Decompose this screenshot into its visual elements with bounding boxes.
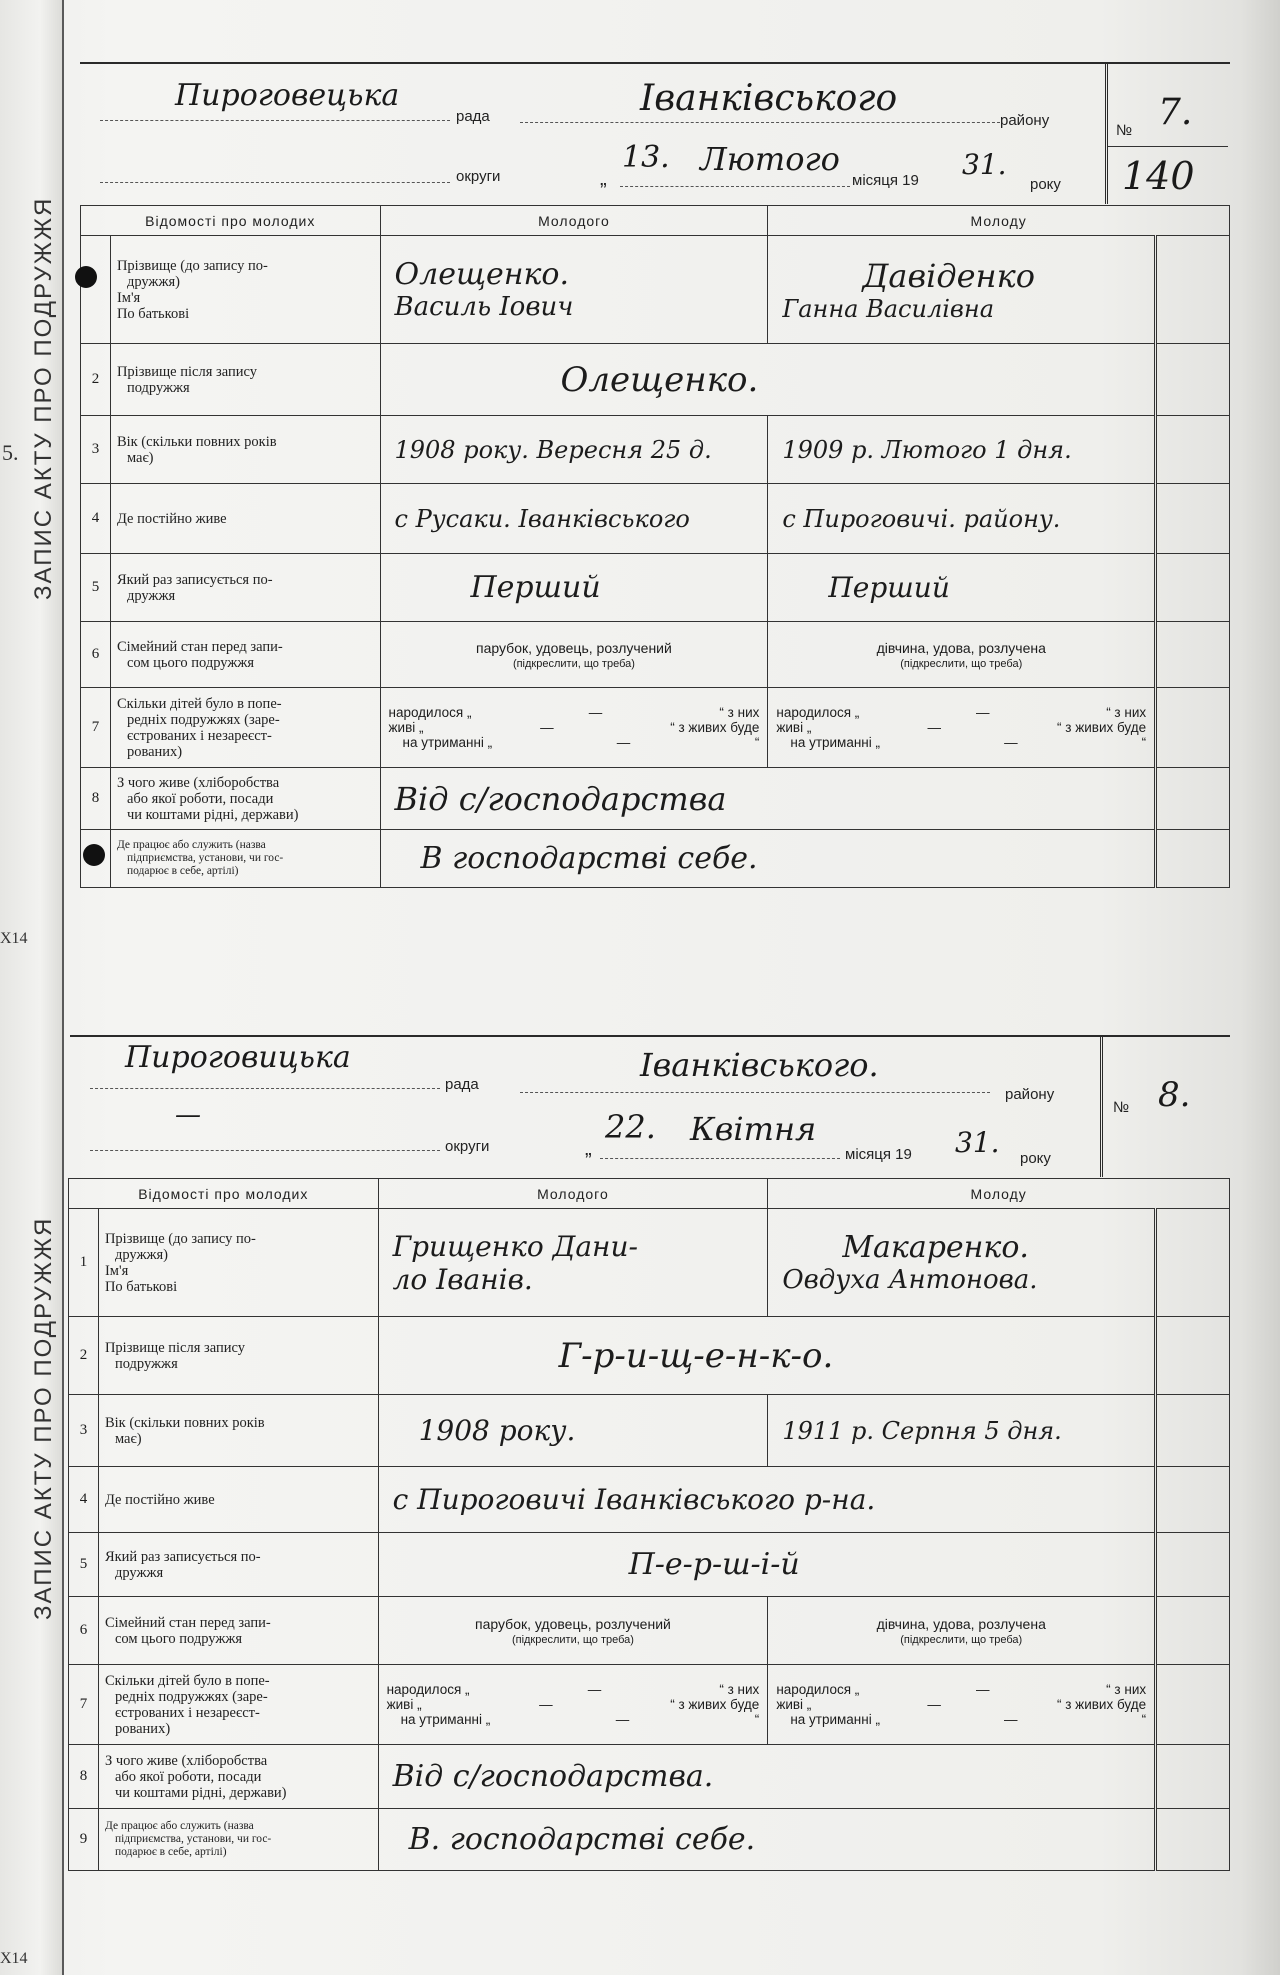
- bride-header: Молоду: [768, 1179, 1230, 1209]
- ink-blot: [75, 266, 97, 288]
- row-number: 8: [81, 768, 111, 830]
- day-value: 22.: [605, 1108, 656, 1146]
- year-label: року: [1020, 1150, 1051, 1167]
- bride-name-cell: Макаренко. Овдуха Антонова.: [768, 1209, 1156, 1317]
- bride-name-cell: Давіденко Ганна Василівна: [768, 236, 1156, 344]
- number-label: №: [1116, 122, 1132, 139]
- groom-status-cell: парубок, удовець, розлучений(підкреслити…: [378, 1597, 768, 1665]
- raion-value: Іванківського: [640, 78, 897, 119]
- groom-residence-cell: с Русаки. Іванківського: [380, 484, 768, 554]
- quote-open: „: [600, 168, 607, 191]
- extra-column: [1156, 830, 1230, 888]
- number-box: № 7. 140: [1105, 64, 1238, 204]
- raion-line: [520, 1092, 990, 1093]
- bride-children-cell: народилося „—“ з них живі „—“ з живих бу…: [768, 688, 1156, 768]
- month-label: місяця 19: [845, 1146, 912, 1163]
- row-label-4: Де постійно живе: [98, 1467, 378, 1533]
- surname-after-cell: Г-р-и-щ-е-н-к-о.: [378, 1317, 1156, 1395]
- ink-blot: [83, 844, 105, 866]
- number-box: № 8.: [1100, 1037, 1233, 1177]
- row-label-5: Який раз записується по-дружжя: [98, 1533, 378, 1597]
- row-label-7: Скільки дітей було в попе-редніх подружж…: [98, 1665, 378, 1745]
- extra-column: [1156, 1533, 1230, 1597]
- row-label-5: Який раз записується по-дружжя: [110, 554, 380, 622]
- row-number: 7: [69, 1665, 99, 1745]
- document-page: ЗАПИС АКТУ ПРО ПОДРУЖЖЯ ЗАПИС АКТУ ПРО П…: [0, 0, 1280, 1975]
- row-number: 1: [69, 1209, 99, 1317]
- row-number: 9: [69, 1809, 99, 1871]
- workplace-cell: В. господарстві себе.: [378, 1809, 1156, 1871]
- day-value: 13.: [622, 140, 670, 175]
- row-label-6: Сімейний стан перед запи-сом цього подру…: [110, 622, 380, 688]
- bride-marriage-count: Перший: [768, 554, 1156, 622]
- row-number: 2: [69, 1317, 99, 1395]
- extra-column: [1156, 1209, 1230, 1317]
- groom-header: Молодого: [380, 206, 768, 236]
- row-number: 6: [69, 1597, 99, 1665]
- rada-label: рада: [456, 108, 490, 125]
- residence-cell: с Пироговичі Іванківського р-на.: [378, 1467, 1156, 1533]
- rada-value: Пироговецька: [175, 78, 399, 113]
- row-label-4: Де постійно живе: [110, 484, 380, 554]
- record-table: Відомості про молодих Молодого Молоду 1 …: [68, 1178, 1230, 1871]
- row-label-3: Вік (скільки повних роківмає): [98, 1395, 378, 1467]
- groom-age-cell: 1908 року. Вересня 25 д.: [380, 416, 768, 484]
- record-table: Відомості про молодих Молодого Молоду Пр…: [80, 205, 1230, 888]
- record-number: 7.: [1158, 92, 1192, 133]
- section-header: Відомості про молодих: [81, 206, 381, 236]
- bride-header: Молоду: [768, 206, 1230, 236]
- raion-label: району: [1000, 112, 1049, 129]
- bride-children-cell: народилося „—“ з них живі „—“ з живих бу…: [768, 1665, 1156, 1745]
- rada-label: рада: [445, 1076, 479, 1093]
- extra-column: [1156, 1665, 1230, 1745]
- row-number: 7: [81, 688, 111, 768]
- rada-line: [100, 120, 450, 121]
- row-number: 6: [81, 622, 111, 688]
- margin-mark: 5.: [2, 440, 19, 466]
- okrug-value: —: [175, 1100, 201, 1130]
- row-number: [81, 830, 111, 888]
- workplace-cell: В господарстві себе.: [380, 830, 1156, 888]
- row-number: 5: [81, 554, 111, 622]
- okrug-label: округи: [445, 1138, 489, 1155]
- row-label-2: Прізвище після записуподружжя: [110, 344, 380, 416]
- groom-name-cell: Олещенко. Василь Іович: [380, 236, 768, 344]
- extra-column: [1156, 344, 1230, 416]
- row-label-1: Прізвище (до запису по-дружжя)Ім'яПо бат…: [110, 236, 380, 344]
- rada-value: Пироговицька: [125, 1040, 351, 1075]
- extra-column: [1156, 1467, 1230, 1533]
- okrug-line: [100, 182, 450, 183]
- raion-line: [520, 122, 1000, 123]
- record-number: 8.: [1158, 1075, 1190, 1115]
- extra-number: 140: [1122, 154, 1195, 198]
- marriage-count-cell: П-е-р-ш-і-й: [378, 1533, 1156, 1597]
- month-value: Квітня: [690, 1110, 816, 1148]
- section-header: Відомості про молодих: [69, 1179, 379, 1209]
- livelihood-cell: Від с/господарства: [380, 768, 1156, 830]
- extra-column: [1156, 484, 1230, 554]
- spine-title-upper: ЗАПИС АКТУ ПРО ПОДРУЖЖЯ: [30, 197, 58, 600]
- margin-mark: X14: [0, 930, 28, 948]
- bride-residence-cell: с Пироговичі. району.: [768, 484, 1156, 554]
- livelihood-cell: Від с/господарства.: [378, 1745, 1156, 1809]
- extra-column: [1156, 1317, 1230, 1395]
- row-number: 3: [81, 416, 111, 484]
- row-number: 5: [69, 1533, 99, 1597]
- bride-status-cell: дівчина, удова, розлучена(підкреслити, щ…: [768, 1597, 1156, 1665]
- row-number: [81, 236, 111, 344]
- bride-status-cell: дівчина, удова, розлучена(підкреслити, щ…: [768, 622, 1156, 688]
- month-label: місяця 19: [852, 172, 919, 189]
- row-label-8: З чого живе (хліборобстваабо якої роботи…: [98, 1745, 378, 1809]
- extra-column: [1156, 1597, 1230, 1665]
- row-label-2: Прізвище після записуподружжя: [98, 1317, 378, 1395]
- extra-column: [1156, 1809, 1230, 1871]
- bride-age-cell: 1911 р. Серпня 5 дня.: [768, 1395, 1156, 1467]
- groom-status-cell: парубок, удовець, розлучений(підкреслити…: [380, 622, 768, 688]
- extra-column: [1156, 622, 1230, 688]
- surname-after-cell: Олещенко.: [380, 344, 1156, 416]
- groom-age-cell: 1908 року.: [378, 1395, 768, 1467]
- okrug-line: [90, 1150, 440, 1151]
- quote-open: „: [585, 1138, 592, 1161]
- extra-column: [1156, 1745, 1230, 1809]
- extra-column: [1156, 416, 1230, 484]
- bride-age-cell: 1909 р. Лютого 1 дня.: [768, 416, 1156, 484]
- groom-header: Молодого: [378, 1179, 768, 1209]
- row-label-3: Вік (скільки повних роківмає): [110, 416, 380, 484]
- year-label: року: [1030, 176, 1061, 193]
- margin-mark: X14: [0, 1950, 28, 1968]
- groom-marriage-count: Перший: [380, 554, 768, 622]
- row-label-9: Де працює або служить (назвапідприємства…: [110, 830, 380, 888]
- number-divider: [1108, 146, 1228, 147]
- okrug-label: округи: [456, 168, 500, 185]
- row-label-1: Прізвище (до запису по-дружжя)Ім'яПо бат…: [98, 1209, 378, 1317]
- groom-name-cell: Грищенко Дани- ло Іванів.: [378, 1209, 768, 1317]
- extra-column: [1156, 688, 1230, 768]
- year-value: 31.: [955, 1126, 1000, 1159]
- row-number: 4: [69, 1467, 99, 1533]
- month-line: [620, 186, 850, 187]
- month-line: [600, 1158, 840, 1159]
- row-label-6: Сімейний стан перед запи-сом цього подру…: [98, 1597, 378, 1665]
- row-number: 3: [69, 1395, 99, 1467]
- row-number: 2: [81, 344, 111, 416]
- year-value: 31.: [962, 148, 1007, 181]
- month-value: Лютого: [700, 140, 840, 178]
- extra-column: [1156, 768, 1230, 830]
- extra-column: [1156, 236, 1230, 344]
- groom-children-cell: народилося „—“ з них живі „—“ з живих бу…: [378, 1665, 768, 1745]
- spine-title-lower: ЗАПИС АКТУ ПРО ПОДРУЖЖЯ: [30, 1217, 58, 1620]
- extra-column: [1156, 554, 1230, 622]
- row-number: 8: [69, 1745, 99, 1809]
- row-label-8: З чого живе (хліборобстваабо якої роботи…: [110, 768, 380, 830]
- raion-value: Іванківського.: [640, 1046, 879, 1084]
- number-label: №: [1113, 1099, 1129, 1116]
- record-top-rule: [80, 62, 1230, 74]
- groom-children-cell: народилося „—“ з них живі „—“ з живих бу…: [380, 688, 768, 768]
- rada-line: [90, 1088, 440, 1089]
- row-number: 4: [81, 484, 111, 554]
- raion-label: району: [1005, 1086, 1054, 1103]
- row-label-9: Де працює або служить (назвапідприємства…: [98, 1809, 378, 1871]
- row-label-7: Скільки дітей було в попе-редніх подружж…: [110, 688, 380, 768]
- extra-column: [1156, 1395, 1230, 1467]
